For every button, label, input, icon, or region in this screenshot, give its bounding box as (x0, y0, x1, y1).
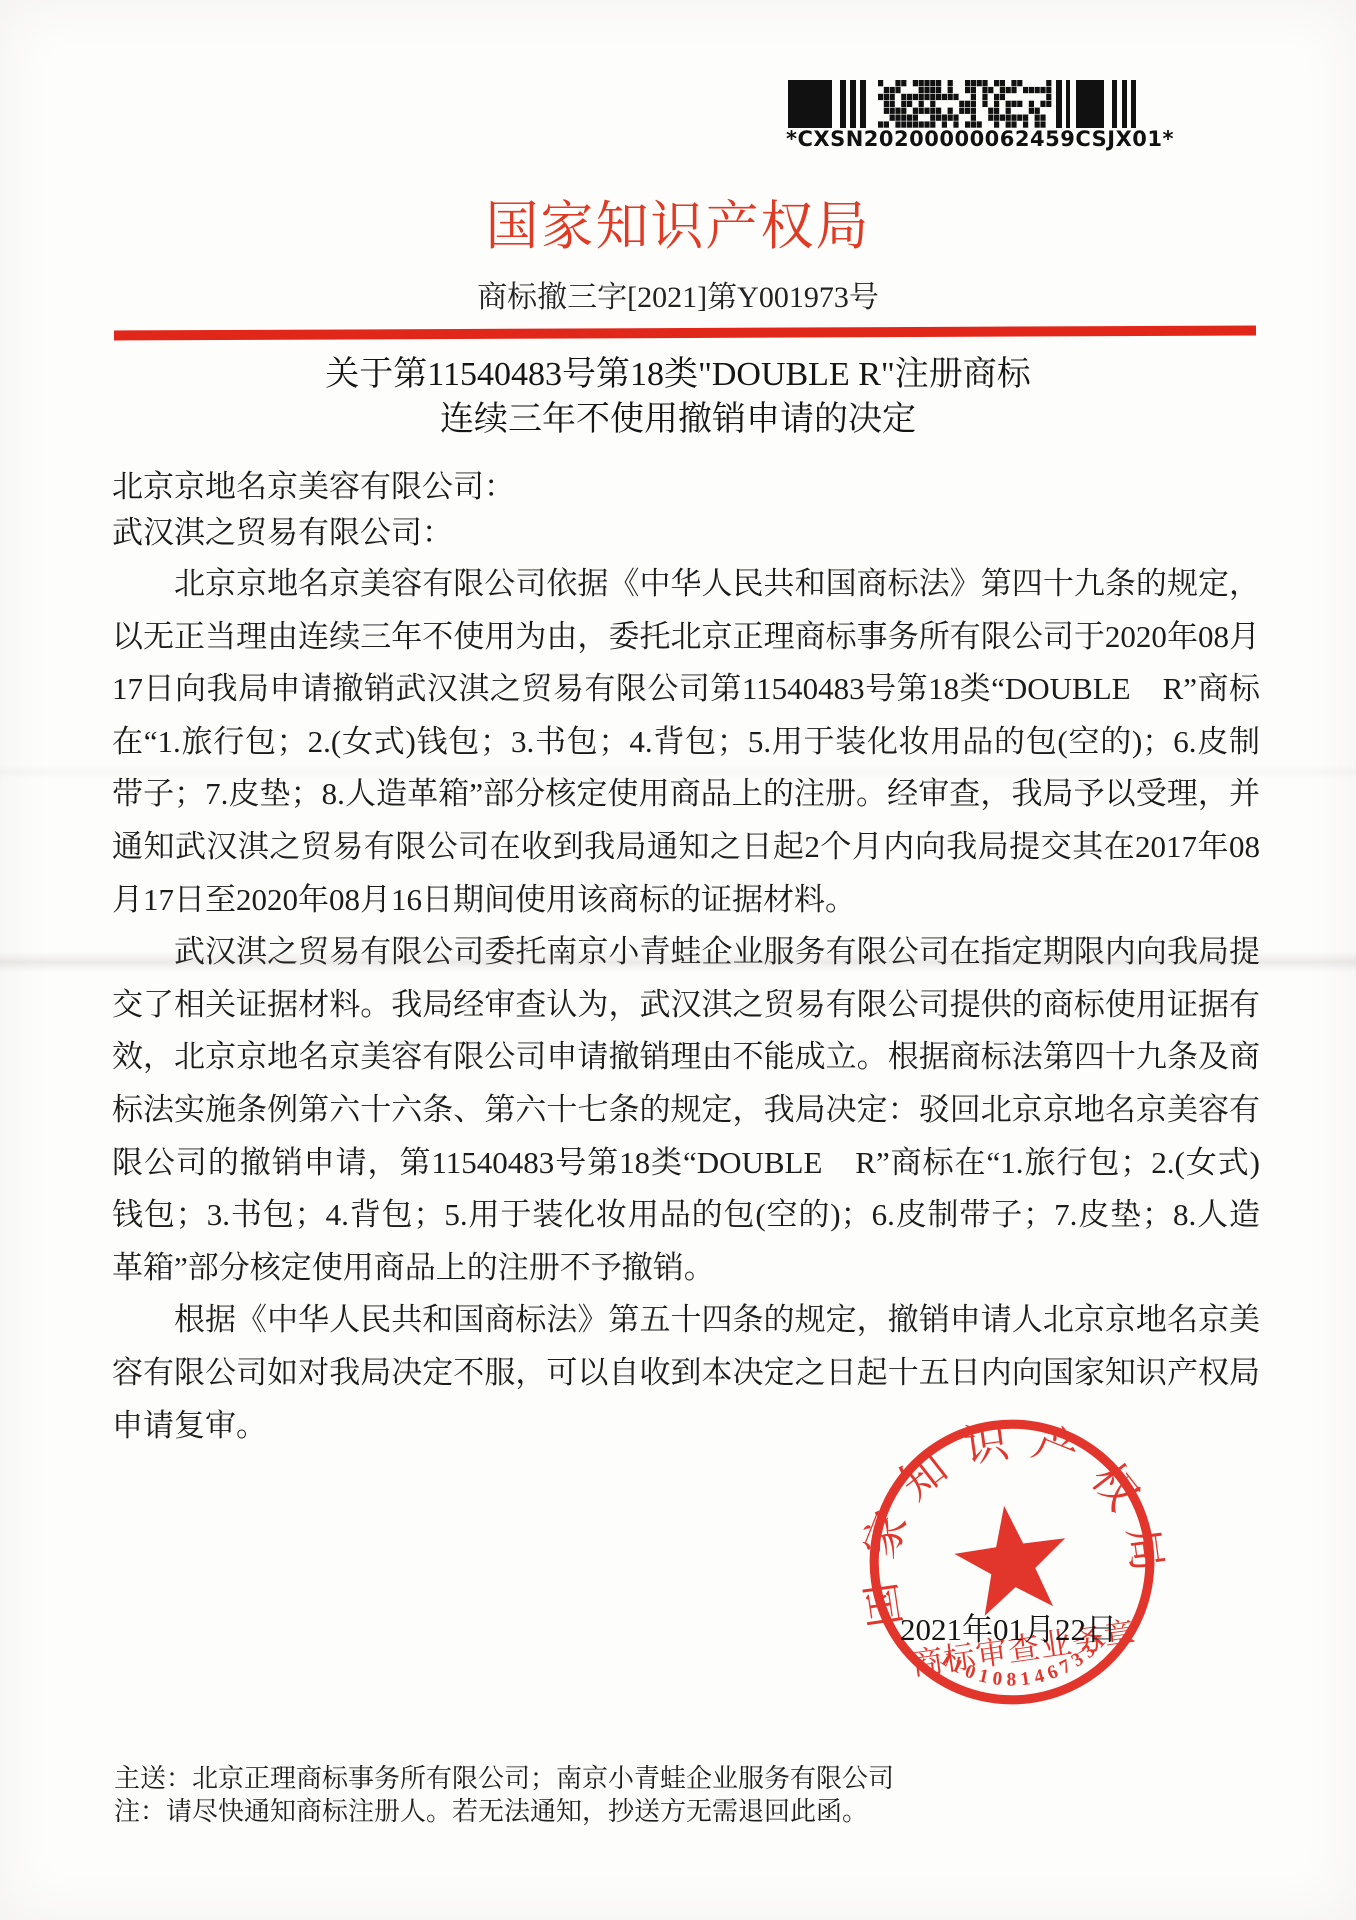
recipient-line-1: 北京京地名京美容有限公司： (112, 464, 515, 510)
recipient-line-2: 武汉淇之贸易有限公司： (112, 510, 515, 556)
fold-crease (0, 952, 1356, 972)
seal-top-text: 国家知识产权局 (840, 1396, 1176, 1631)
fold-crease-upper (0, 766, 1356, 778)
official-seal: 国家知识产权局 商标审查业务章 1101081467331 (840, 1390, 1183, 1733)
recipients: 北京京地名京美容有限公司： 武汉淇之贸易有限公司： (112, 464, 515, 556)
seal-star (949, 1498, 1075, 1619)
decision-title-line2: 连续三年不使用撤销申请的决定 (0, 397, 1356, 442)
decision-title: 关于第11540483号第18类"DOUBLE R"注册商标 连续三年不使用撤销… (0, 352, 1356, 442)
body-paragraph-1: 北京京地名京美容有限公司依据《中华人民共和国商标法》第四十九条的规定，以无正当理… (112, 558, 1260, 926)
barcode-2d (878, 80, 1051, 128)
doc-number: 商标撤三字[2021]第Y001973号 (0, 272, 1356, 316)
body-text: 北京京地名京美容有限公司依据《中华人民共和国商标法》第四十九条的规定，以无正当理… (112, 558, 1260, 1452)
red-rule (114, 326, 1256, 341)
agency-title: 国家知识产权局 (0, 184, 1356, 260)
footer: 主送：北京正理商标事务所有限公司；南京小青蛙企业服务有限公司 注：请尽快通知商标… (114, 1762, 894, 1828)
decision-date: 2021年01月22日 (900, 1604, 1117, 1649)
footer-note-line: 注：请尽快通知商标注册人。若无法通知，抄送方无需退回此函。 (114, 1795, 894, 1828)
body-paragraph-2: 武汉淇之贸易有限公司委托南京小青蛙企业服务有限公司在指定期限内向我局提交了相关证… (112, 926, 1260, 1294)
decision-title-line1: 关于第11540483号第18类"DOUBLE R"注册商标 (0, 352, 1356, 397)
barcode (788, 80, 1140, 128)
footer-cc-line: 主送：北京正理商标事务所有限公司；南京小青蛙企业服务有限公司 (114, 1762, 894, 1795)
barcode-label: *CXSN20200000062459CSJX01* (786, 127, 1152, 151)
document-page: *CXSN20200000062459CSJX01* 国家知识产权局 商标撤三字… (0, 0, 1356, 1920)
